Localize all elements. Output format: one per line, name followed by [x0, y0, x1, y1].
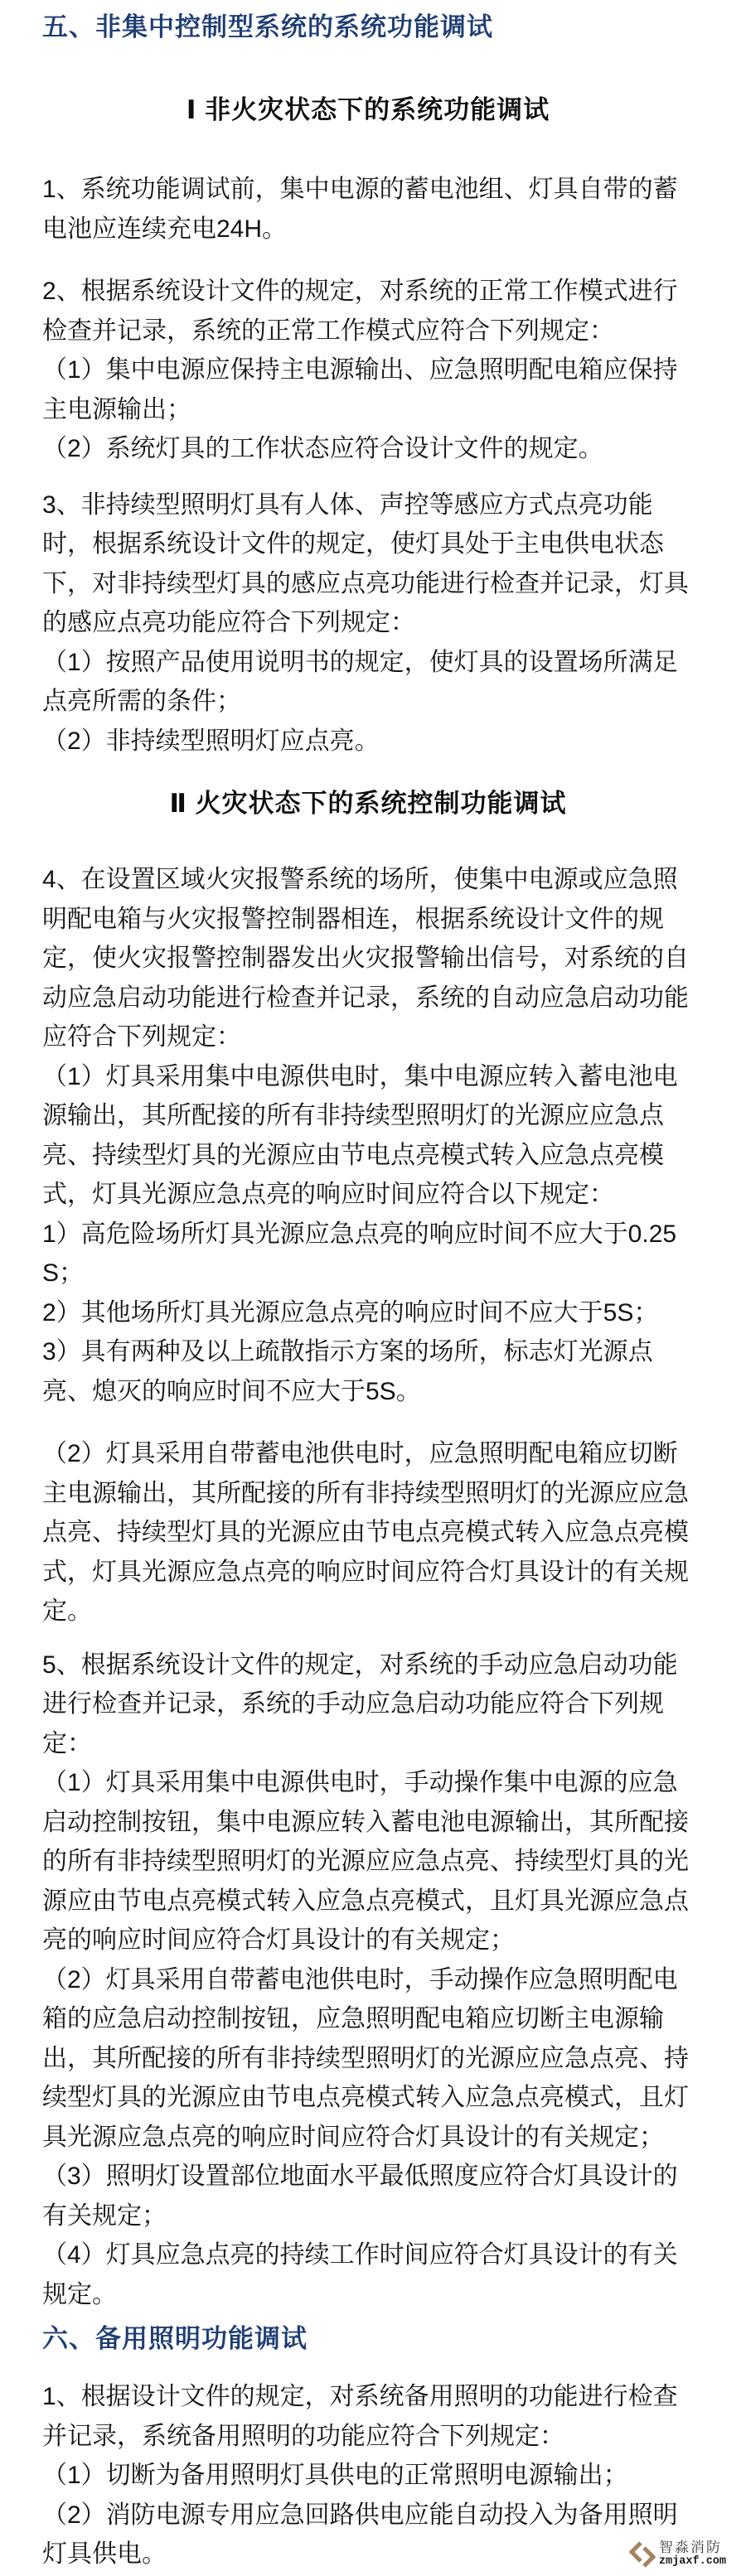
paragraph-2: 2、根据系统设计文件的规定，对系统的正常工作模式进行检查并记录，系统的正常工作模… — [42, 272, 694, 350]
brand-logo-icon — [629, 2540, 656, 2569]
paragraph-6-group: 1、根据设计文件的规定，对系统备用照明的功能进行检查并记录，系统备用照明的功能应… — [42, 2377, 694, 2574]
clause-5-2: （2）灯具采用自带蓄电池供电时，手动操作应急照明配电箱的应急启动控制按钮，应急照… — [42, 1960, 694, 2158]
paragraph-3-group: 3、非持续型照明灯具有人体、声控等感应方式点亮功能时，根据系统设计文件的规定，使… — [42, 486, 694, 761]
clause-4-2: （2）灯具采用自带蓄电池供电时，应急照明配电箱应切断主电源输出，其所配接的所有非… — [42, 1434, 694, 1631]
clause-5-3: （3）照明灯设置部位地面水平最低照度应符合灯具设计的有关规定； — [42, 2157, 694, 2235]
paragraph-1: 1、系统功能调试前，集中电源的蓄电池组、灯具自带的蓄电池应连续充电24H。 — [42, 170, 694, 249]
subsection-1-heading: Ⅰ 非火灾状态下的系统功能调试 — [42, 94, 694, 127]
section-6-heading: 六、备用照明功能调试 — [42, 2322, 694, 2356]
clause-6-1: （1）切断为备用照明灯具供电的正常照明电源输出； — [42, 2456, 694, 2496]
clause-3-2: （2）非持续型照明灯应点亮。 — [42, 722, 694, 761]
watermark-site: zmjaxf.com — [659, 2556, 726, 2569]
watermark-brand: 智淼消防 — [659, 2540, 726, 2556]
clause-4-1-c: 3）具有两种及以上疏散指示方案的场所，标志灯光源点亮、熄灭的响应时间不应大于5S… — [42, 1332, 694, 1411]
paragraph-2-group: 2、根据系统设计文件的规定，对系统的正常工作模式进行检查并记录，系统的正常工作模… — [42, 272, 694, 469]
clause-4-1-a: 1）高危险场所灯具光源应急点亮的响应时间不应大于0.25S； — [42, 1215, 694, 1293]
clause-2-2: （2）系统灯具的工作状态应符合设计文件的规定。 — [42, 429, 694, 469]
paragraph-6: 1、根据设计文件的规定，对系统备用照明的功能进行检查并记录，系统备用照明的功能应… — [42, 2377, 694, 2456]
paragraph-4-group: 4、在设置区域火灾报警系统的场所，使集中电源或应急照明配电箱与火灾报警控制器相连… — [42, 860, 694, 1411]
paragraph-5: 5、根据系统设计文件的规定，对系统的手动应急启动功能进行检查并记录，系统的手动应… — [42, 1646, 694, 1764]
subsection-2-heading: Ⅱ 火灾状态下的系统控制功能调试 — [42, 787, 694, 820]
clause-5-1: （1）灯具采用集中电源供电时，手动操作集中电源的应急启动控制按钮，集中电源应转入… — [42, 1763, 694, 1960]
paragraph-3: 3、非持续型照明灯具有人体、声控等感应方式点亮功能时，根据系统设计文件的规定，使… — [42, 486, 694, 643]
clause-3-1: （1）按照产品使用说明书的规定，使灯具的设置场所满足点亮所需的条件； — [42, 643, 694, 722]
paragraph-4: 4、在设置区域火灾报警系统的场所，使集中电源或应急照明配电箱与火灾报警控制器相连… — [42, 860, 694, 1057]
clause-4-1-b: 2）其他场所灯具光源应急点亮的响应时间不应大于5S； — [42, 1293, 694, 1333]
watermark-text: 智淼消防 zmjaxf.com — [659, 2540, 726, 2569]
clause-6-2: （2）消防电源专用应急回路供电应能自动投入为备用照明灯具供电。 — [42, 2496, 694, 2574]
clause-2-1: （1）集中电源应保持主电源输出、应急照明配电箱应保持主电源输出； — [42, 350, 694, 429]
paragraph-5-group: 5、根据系统设计文件的规定，对系统的手动应急启动功能进行检查并记录，系统的手动应… — [42, 1646, 694, 2315]
document-page: 五、非集中控制型系统的系统功能调试 Ⅰ 非火灾状态下的系统功能调试 1、系统功能… — [42, 0, 694, 2574]
clause-5-4: （4）灯具应急点亮的持续工作时间应符合灯具设计的有关规定。 — [42, 2235, 694, 2314]
section-5-heading: 五、非集中控制型系统的系统功能调试 — [42, 11, 694, 44]
watermark: 智淼消防 zmjaxf.com — [629, 2540, 726, 2569]
clause-4-1: （1）灯具采用集中电源供电时，集中电源应转入蓄电池电源输出，其所配接的所有非持续… — [42, 1057, 694, 1215]
